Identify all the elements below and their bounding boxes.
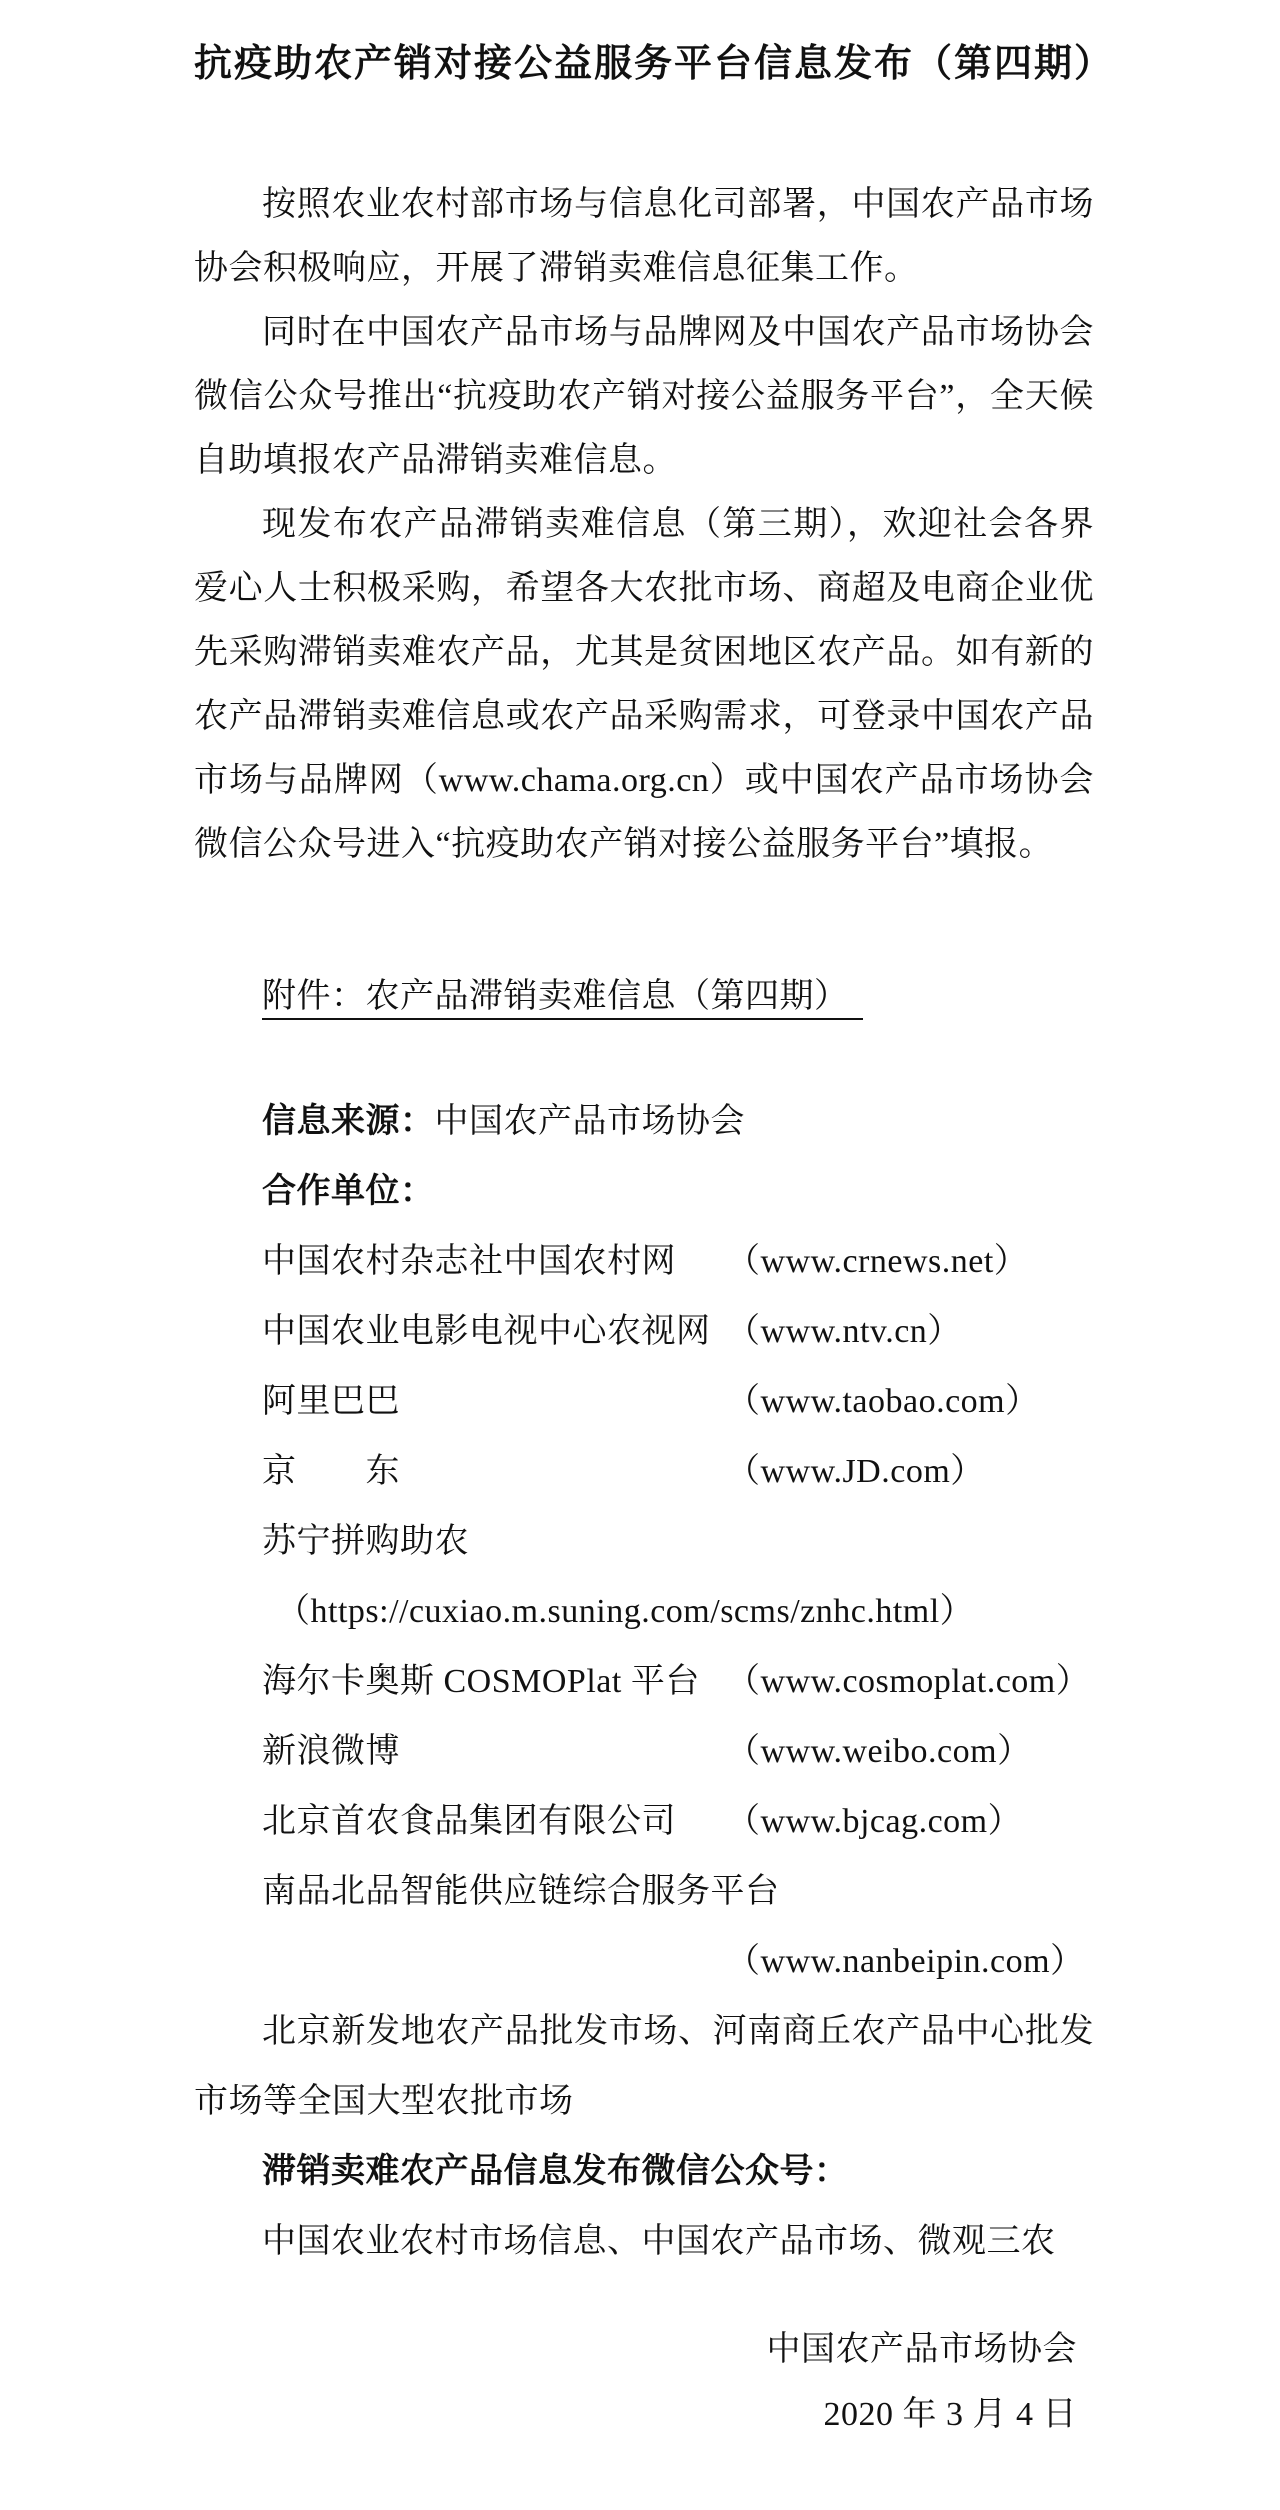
partner-name: 苏宁拼购助农 (262, 1507, 726, 1577)
wechat-accounts-label: 滞销卖难农产品信息发布微信公众号： (194, 2137, 1094, 2207)
document-content: 抗疫助农产销对接公益服务平台信息发布（第四期） 按照农业农村部市场与信息化司部署… (194, 0, 1094, 2447)
info-source-value: 中国农产品市场协会 (435, 1103, 746, 1140)
partner-url-row: （https://cuxiao.m.suning.com/scms/znhc.h… (194, 1577, 1094, 1647)
signature-date: 2020 年 3 月 4 日 (194, 2382, 1077, 2447)
attachment-line: 附件：农产品滞销卖难信息（第四期） (194, 962, 1094, 1032)
partner-url: （www.nanbeipin.com） (726, 1927, 1085, 1997)
partner-name: 京 东 (262, 1437, 726, 1507)
partner-name: 中国农业电影电视中心农视网 (262, 1297, 726, 1367)
partner-url: （www.bjcag.com） (726, 1787, 1022, 1857)
partner-name: 阿里巴巴 (262, 1367, 726, 1437)
partner-url: （https://cuxiao.m.suning.com/scms/znhc.h… (276, 1577, 974, 1647)
partner-row: 中国农村杂志社中国农村网（www.crnews.net） (194, 1227, 1094, 1297)
partner-name: 新浪微博 (262, 1717, 726, 1787)
partner-row: 苏宁拼购助农 (194, 1507, 1094, 1577)
attachment-title: 附件：农产品滞销卖难信息（第四期） (262, 978, 863, 1020)
partner-row: 海尔卡奥斯 COSMOPlat 平台（www.cosmoplat.com） (194, 1647, 1094, 1717)
wechat-accounts-list: 中国农业农村市场信息、中国农产品市场、微观三农 (194, 2207, 1094, 2277)
partners-label: 合作单位： (194, 1157, 1094, 1227)
partner-url: （www.crnews.net） (726, 1227, 1028, 1297)
paragraph-platform-launch: 同时在中国农产品市场与品牌网及中国农产品市场协会微信公众号推出“抗疫助农产销对接… (194, 301, 1094, 493)
partner-name: 南品北品智能供应链综合服务平台 (262, 1857, 726, 1927)
partner-name: 北京首农食品集团有限公司 (262, 1787, 726, 1857)
document-page: { "document": { "title": "抗疫助农产销对接公益服务平台… (0, 0, 1280, 2510)
info-source-line: 信息来源：中国农产品市场协会 (194, 1087, 1094, 1157)
partner-name: 海尔卡奥斯 COSMOPlat 平台 (262, 1647, 726, 1717)
paragraph-release-notice: 现发布农产品滞销卖难信息（第三期），欢迎社会各界爱心人士积极采购，希望各大农批市… (194, 493, 1094, 877)
partner-row: 北京首农食品集团有限公司（www.bjcag.com） (194, 1787, 1094, 1857)
partner-name: 中国农村杂志社中国农村网 (262, 1227, 726, 1297)
document-title: 抗疫助农产销对接公益服务平台信息发布（第四期） (194, 0, 1094, 90)
wholesale-markets-paragraph: 北京新发地农产品批发市场、河南商丘农产品中心批发市场等全国大型农批市场 (194, 1997, 1094, 2137)
partner-url: （www.JD.com） (726, 1437, 985, 1507)
partner-row: 新浪微博（www.weibo.com） (194, 1717, 1094, 1787)
partner-url-row: （www.nanbeipin.com） (194, 1927, 1094, 1997)
partner-url: （www.ntv.cn） (726, 1297, 962, 1367)
partner-row: 中国农业电影电视中心农视网（www.ntv.cn） (194, 1297, 1094, 1367)
partner-row: 京 东（www.JD.com） (194, 1437, 1094, 1507)
partner-row: 阿里巴巴（www.taobao.com） (194, 1367, 1094, 1437)
signature-organization: 中国农产品市场协会 (194, 2317, 1077, 2382)
info-source-label: 信息来源： (262, 1103, 435, 1140)
partner-url: （www.cosmoplat.com） (726, 1647, 1090, 1717)
paragraph-deployment: 按照农业农村部市场与信息化司部署，中国农产品市场协会积极响应，开展了滞销卖难信息… (194, 173, 1094, 301)
partner-url: （www.weibo.com） (726, 1717, 1032, 1787)
partner-row: 南品北品智能供应链综合服务平台 (194, 1857, 1094, 1927)
signature-block: 中国农产品市场协会 2020 年 3 月 4 日 (194, 2317, 1094, 2447)
partner-url: （www.taobao.com） (726, 1367, 1040, 1437)
